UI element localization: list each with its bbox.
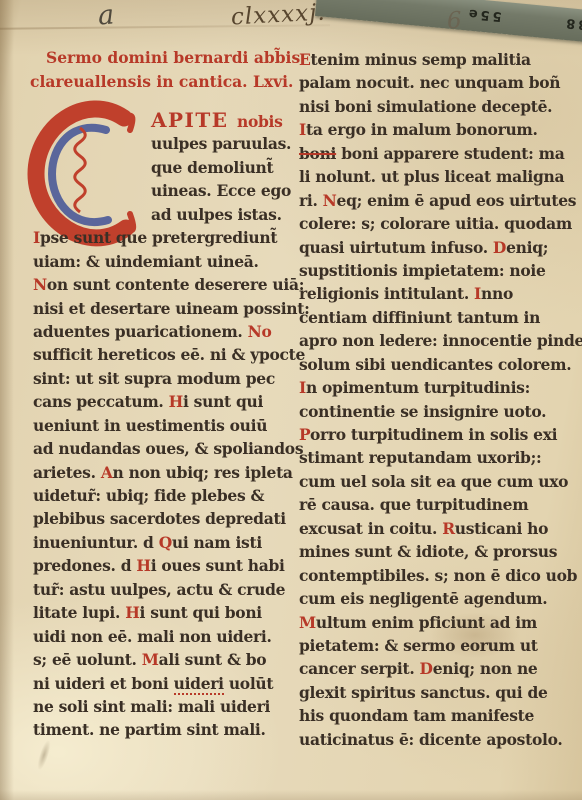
text-segment: nno	[481, 284, 513, 303]
text-segment: uaticinatus ē: dicente apostolo.	[299, 730, 562, 749]
text-segment: quasi uirtutum infuso.	[299, 238, 493, 257]
text-segment: i oues sunt habi	[151, 556, 285, 575]
text-line: apro non ledere: innocentie pinde	[299, 329, 575, 352]
text-line: Non sunt contente deserere uiā:	[33, 273, 297, 296]
text-line: Multum enim pficiunt ad im	[299, 611, 575, 634]
text-segment: uiam: & uindemiant uineā.	[33, 252, 259, 271]
text-segment: I	[299, 120, 306, 139]
text-segment: inueniuntur. d	[33, 533, 159, 552]
text-segment: ultum enim pficiunt ad im	[316, 613, 537, 632]
text-line: litate lupi. Hi sunt qui boni	[33, 601, 297, 624]
text-line: APITE nobis	[151, 109, 297, 132]
text-segment: nisi et desertare uineam possint:	[33, 299, 310, 318]
text-line: In opimentum turpitudinis:	[299, 376, 575, 399]
text-segment: P	[299, 425, 310, 444]
text-line: cans peccatum. Hi sunt qui	[33, 390, 297, 413]
text-line: sint: ut sit supra modum pec	[33, 367, 297, 390]
rubric-line: clareuallensis in cantica. Lxvi.	[30, 70, 298, 94]
text-line: nisi boni simulatione deceptē.	[299, 95, 575, 118]
text-line: uineas. Ecce ego	[151, 179, 297, 202]
text-segment: supstitionis impietatem: noie	[299, 261, 546, 280]
text-segment: stimant reputandam uxorib;:	[299, 448, 541, 467]
text-line: Ita ergo in malum bonorum.	[299, 118, 575, 141]
text-segment: his quondam tam manifeste	[299, 706, 534, 725]
text-line: supstitionis impietatem: noie	[299, 259, 575, 282]
text-segment: H	[169, 392, 183, 411]
text-line: palam nocuit. nec unquam boñ	[299, 71, 575, 94]
text-segment: uidi non eē. mali non uideri.	[33, 627, 272, 646]
text-segment: cancer serpit.	[299, 659, 420, 678]
text-segment: Q	[159, 533, 172, 552]
text-segment: religionis intitulant.	[299, 284, 474, 303]
text-segment: usticani ho	[455, 519, 548, 538]
text-segment: eniq; non ne	[433, 659, 538, 678]
page-left-edge-shadow	[0, 0, 14, 800]
text-line: cum uel sola sit ea que cum uxo	[299, 470, 575, 493]
text-segment: No	[248, 322, 272, 341]
text-column-b: Etenim minus semp malitiapalam nocuit. n…	[299, 48, 575, 751]
text-line: ne soli sint mali: mali uideri	[33, 695, 297, 718]
text-segment: litate lupi.	[33, 603, 125, 622]
text-segment: plebibus sacerdotes depredati	[33, 509, 286, 528]
text-segment: li nolunt. ut plus liceat maligna	[299, 167, 564, 186]
text-segment: timent. ne partim sint mali.	[33, 720, 266, 739]
text-segment: arietes.	[33, 463, 101, 482]
text-line: ad uulpes istas.	[151, 203, 297, 226]
text-segment: pse sunt que pretergrediunt̃	[40, 228, 277, 247]
text-segment: eq; enim ē apud eos uirtutes	[337, 191, 577, 210]
text-segment: centiam diffiniunt tantum in	[299, 308, 540, 327]
text-segment: sufficit hereticos eē. ni & ypocte	[33, 345, 305, 364]
text-line: glexit spiritus sanctus. qui de	[299, 681, 575, 704]
text-segment: excusat in coitu.	[299, 519, 442, 538]
text-segment: solum sibi uendicantes colorem.	[299, 355, 571, 374]
text-segment: ta ergo in malum bonorum.	[306, 120, 538, 139]
text-line: ad nudandas oues, & spoliandos	[33, 437, 297, 460]
text-segment: uolūt	[224, 674, 274, 693]
text-segment: i sunt qui	[183, 392, 263, 411]
text-line: plebibus sacerdotes depredati	[33, 507, 297, 530]
text-segment: M	[299, 613, 316, 632]
text-segment: uideri	[174, 674, 224, 695]
text-segment: pietatem: & sermo eorum ut	[299, 636, 538, 655]
text-segment: H	[136, 556, 150, 575]
text-segment: n non ubiq; res ipleta	[113, 463, 293, 482]
text-segment: cans peccatum.	[33, 392, 169, 411]
text-line: li nolunt. ut plus liceat maligna	[299, 165, 575, 188]
text-segment: n opimentum turpitudinis:	[306, 378, 530, 397]
text-line: ri. Neq; enim ē apud eos uirtutes	[299, 189, 575, 212]
text-segment: s; eē uolunt.	[33, 650, 142, 669]
text-line: inueniuntur. d Qui nam isti	[33, 531, 297, 554]
text-line: uulpes paruulas.	[151, 132, 297, 155]
text-segment: N	[323, 191, 337, 210]
text-segment: I	[299, 378, 306, 397]
text-segment: uidetur̃: ubiq; fide plebes &	[33, 486, 264, 505]
ruler-mark: 55e	[465, 5, 502, 23]
text-segment: i sunt qui boni	[140, 603, 262, 622]
text-segment: uulpes paruulas.	[151, 134, 291, 153]
text-line: ni uideri et boni uideri uolūt	[33, 672, 297, 695]
text-segment: predones. d	[33, 556, 136, 575]
text-segment: orro turpitudinem in solis exi	[310, 425, 557, 444]
text-segment: nisi boni simulatione deceptē.	[299, 97, 552, 116]
text-segment: N	[33, 275, 47, 294]
text-segment: D	[420, 659, 433, 678]
manuscript-page: 55e 88 a clxxxxj. 6 Sermo domini bernard…	[0, 0, 582, 800]
text-segment: APITE	[151, 108, 237, 132]
text-line: timent. ne partim sint mali.	[33, 718, 297, 741]
text-line: mines sunt & idiote, & prorsus	[299, 540, 575, 563]
text-line: quasi uirtutum infuso. Deniq;	[299, 236, 575, 259]
text-line: tur̃: astu uulpes, actu & crude	[33, 578, 297, 601]
text-segment: colere: s; colorare uitia. quodam	[299, 214, 572, 233]
text-line: sufficit hereticos eē. ni & ypocte	[33, 343, 297, 366]
text-segment: cum uel sola sit ea que cum uxo	[299, 472, 568, 491]
text-line: excusat in coitu. Rusticani ho	[299, 517, 575, 540]
text-segment: mines sunt & idiote, & prorsus	[299, 542, 557, 561]
text-line: pietatem: & sermo eorum ut	[299, 634, 575, 657]
rubric-title: Sermo domini bernardi abb̃is clareuallen…	[30, 46, 298, 94]
text-line: uaticinatus ē: dicente apostolo.	[299, 728, 575, 751]
text-line: rē causa. que turpitudinem	[299, 493, 575, 516]
text-line: Etenim minus semp malitia	[299, 48, 575, 71]
text-segment: sint: ut sit supra modum pec	[33, 369, 275, 388]
text-line: nisi et desertare uineam possint:	[33, 297, 297, 320]
text-segment: D	[493, 238, 506, 257]
text-line: continentie se insignire uoto.	[299, 400, 575, 423]
text-line: ueniunt in uestimentis ouiū	[33, 414, 297, 437]
text-line: contemptibiles. s; non ē dico uob	[299, 564, 575, 587]
text-segment: tenim minus semp malitia	[311, 50, 531, 69]
text-segment: A	[101, 463, 113, 482]
text-line: uidi non eē. mali non uideri.	[33, 625, 297, 648]
page-bottom-edge-shadow	[0, 790, 582, 800]
text-segment: nobis	[237, 112, 283, 131]
text-segment: I	[33, 228, 40, 247]
text-segment: ni uideri et boni	[33, 674, 174, 693]
text-segment: boni apparere student: ma	[336, 144, 564, 163]
text-line: uiam: & uindemiant uineā.	[33, 250, 297, 273]
text-segment: ui nam isti	[172, 533, 262, 552]
text-line: Porro turpitudinem in solis exi	[299, 423, 575, 446]
text-segment: ad uulpes istas.	[151, 205, 282, 224]
text-segment: continentie se insignire uoto.	[299, 402, 546, 421]
text-line: centiam diffiniunt tantum in	[299, 306, 575, 329]
text-segment: contemptibiles. s; non ē dico uob	[299, 566, 577, 585]
text-segment: ali sunt & bo	[159, 650, 267, 669]
text-line: Ipse sunt que pretergrediunt̃	[33, 226, 297, 249]
text-column-a: APITE nobisuulpes paruulas.que demoliunt…	[33, 109, 297, 742]
parchment-scratch	[36, 739, 53, 770]
text-segment: rē causa. que turpitudinem	[299, 495, 528, 514]
text-line: his quondam tam manifeste	[299, 704, 575, 727]
text-line: religionis intitulant. Inno	[299, 282, 575, 305]
ruler-mark: 88	[563, 15, 582, 32]
text-segment: H	[125, 603, 139, 622]
text-line: uidetur̃: ubiq; fide plebes &	[33, 484, 297, 507]
text-line: que demoliunt̃	[151, 156, 297, 179]
folio-number: clxxxxj.	[230, 0, 326, 30]
text-segment: ne soli sint mali: mali uideri	[33, 697, 270, 716]
text-segment: que demoliunt̃	[151, 158, 273, 177]
text-line: aduentes puaricationem. No	[33, 320, 297, 343]
text-segment: cum eis negligentē agendum.	[299, 589, 547, 608]
rubric-line: Sermo domini bernardi abb̃is	[30, 46, 298, 70]
text-line: stimant reputandam uxorib;:	[299, 446, 575, 469]
text-segment: aduentes puaricationem.	[33, 322, 248, 341]
text-segment: ad nudandas oues, & spoliandos	[33, 439, 303, 458]
text-line: boni boni apparere student: ma	[299, 142, 575, 165]
text-segment: R	[442, 519, 455, 538]
text-line: cancer serpit. Deniq; non ne	[299, 657, 575, 680]
margin-letter-a: a	[97, 0, 115, 32]
text-line: s; eē uolunt. Mali sunt & bo	[33, 648, 297, 671]
text-segment: glexit spiritus sanctus. qui de	[299, 683, 548, 702]
text-segment: palam nocuit. nec unquam boñ	[299, 73, 560, 92]
text-segment: tur̃: astu uulpes, actu & crude	[33, 580, 285, 599]
text-segment: on sunt contente deserere uiā:	[47, 275, 304, 294]
text-line: colere: s; colorare uitia. quodam	[299, 212, 575, 235]
text-line: predones. d Hi oues sunt habi	[33, 554, 297, 577]
text-segment: apro non ledere: innocentie pinde	[299, 331, 582, 350]
text-segment: boni	[299, 144, 336, 163]
text-segment: ueniunt in uestimentis ouiū	[33, 416, 267, 435]
text-segment: eniq;	[506, 238, 548, 257]
margin-letter-b: 6	[446, 8, 462, 35]
text-segment: ri.	[299, 191, 323, 210]
text-segment: I	[474, 284, 481, 303]
text-segment: E	[299, 50, 311, 69]
text-line: arietes. An non ubiq; res ipleta	[33, 461, 297, 484]
text-segment: M	[142, 650, 159, 669]
text-segment: uineas. Ecce ego	[151, 181, 291, 200]
text-line: solum sibi uendicantes colorem.	[299, 353, 575, 376]
text-line: cum eis negligentē agendum.	[299, 587, 575, 610]
